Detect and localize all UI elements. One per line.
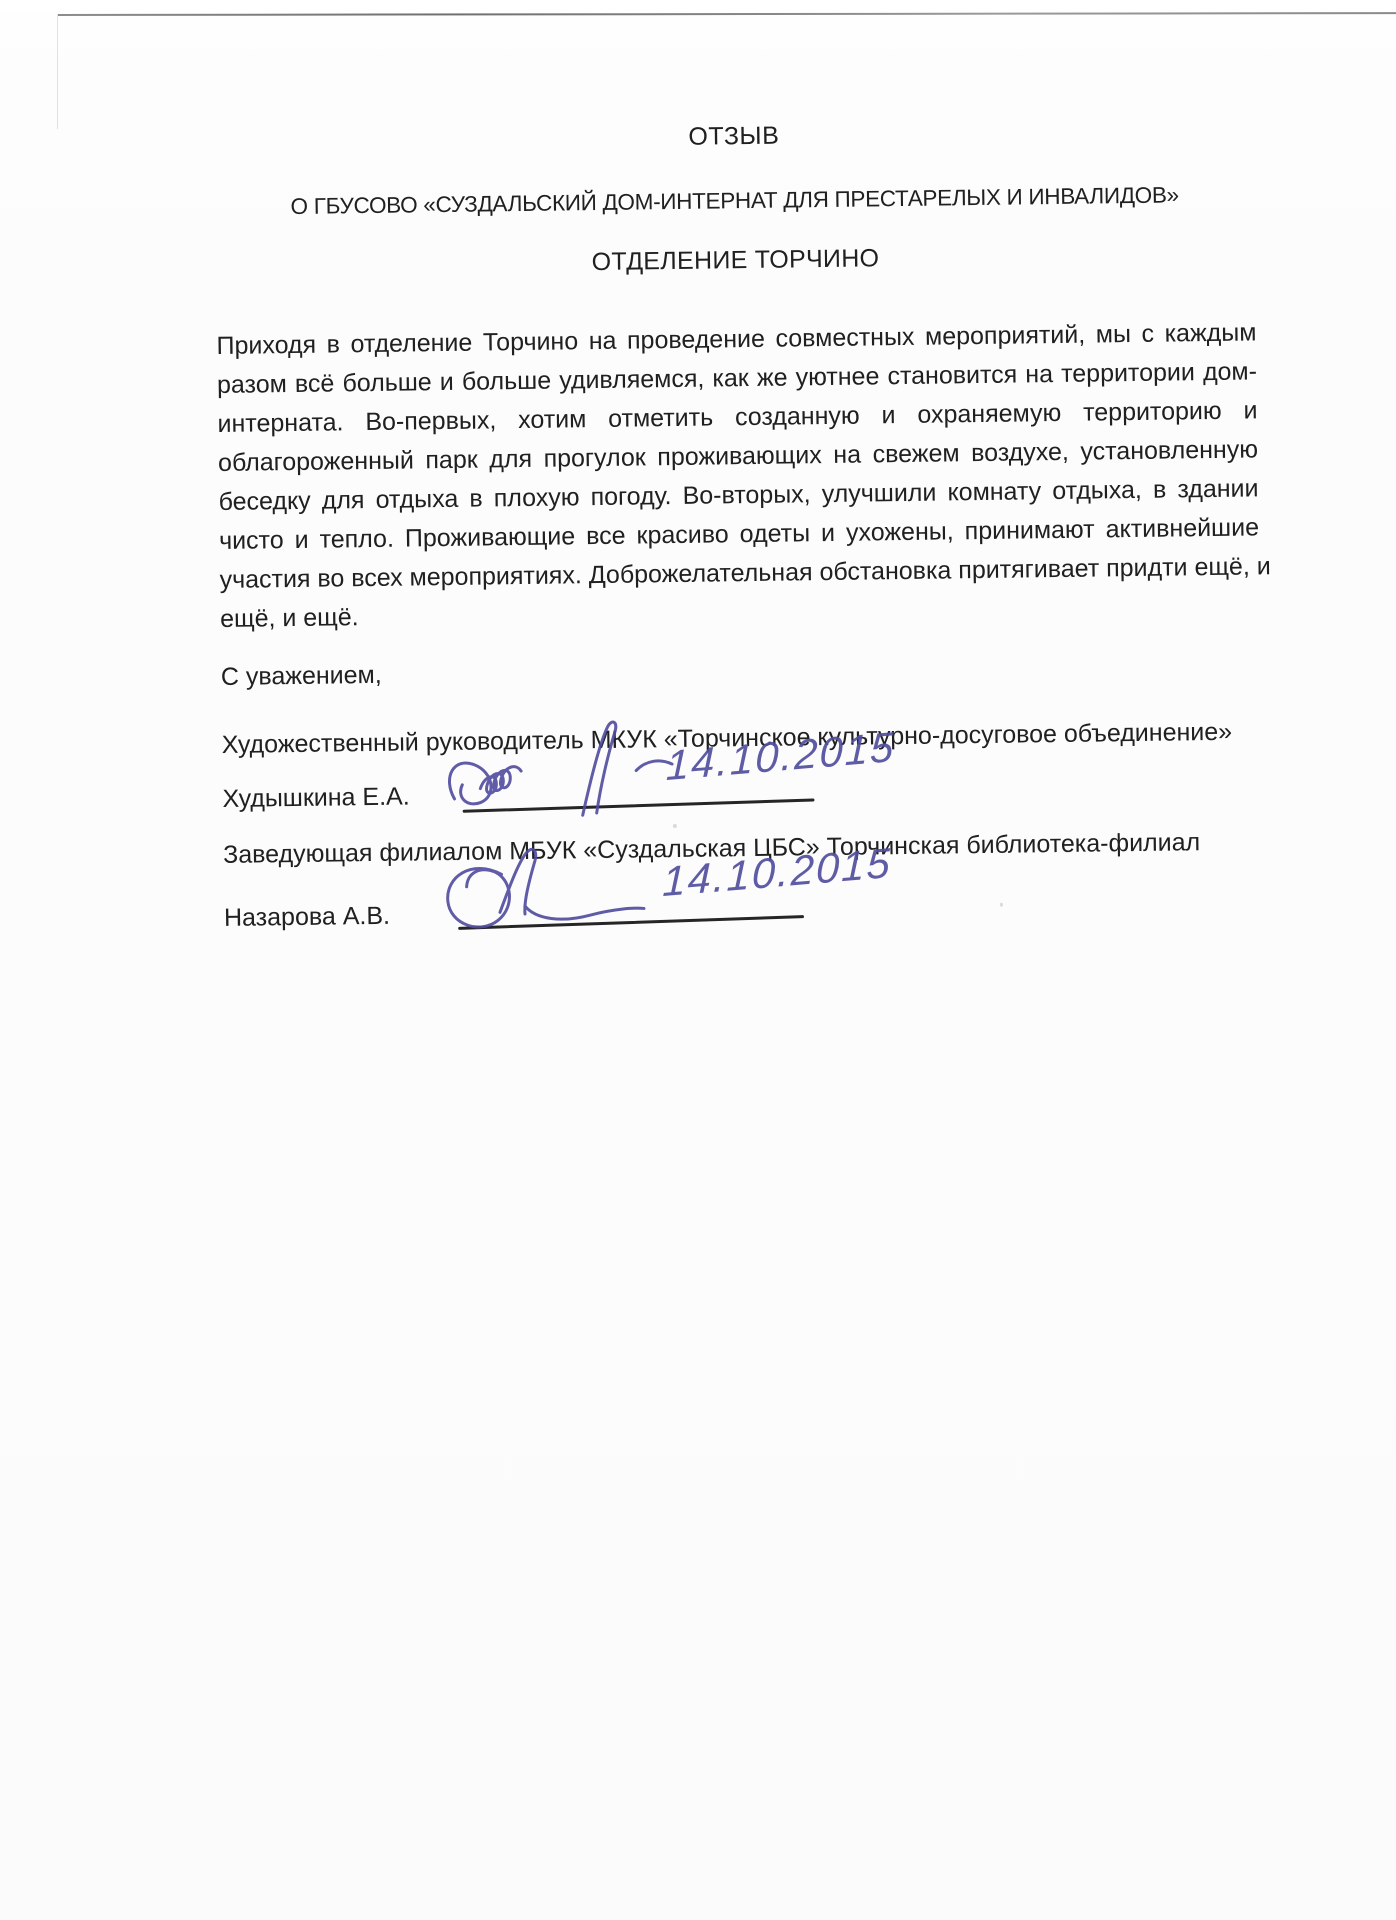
document-title: ОТЗЫВ [214,115,1254,158]
scan-speck [673,824,677,828]
scan-speck [1000,903,1003,907]
document-content: ОТЗЫВ О ГБУСОВО «СУЗДАЛЬСКИЙ ДОМ-ИНТЕРНА… [0,0,1396,1920]
document-subtitle: О ГБУСОВО «СУЗДАЛЬСКИЙ ДОМ-ИНТЕРНАТ ДЛЯ … [215,181,1255,221]
closing-salutation: С уважением, [221,649,1261,692]
scanned-document-page: ОТЗЫВ О ГБУСОВО «СУЗДАЛЬСКИЙ ДОМ-ИНТЕРНА… [0,0,1396,1920]
signature-ink-nazarova [437,842,698,945]
document-department-line: ОТДЕЛЕНИЕ ТОРЧИНО [215,239,1255,282]
body-paragraph: Приходя в отделение Торчино на проведени… [216,313,1260,639]
